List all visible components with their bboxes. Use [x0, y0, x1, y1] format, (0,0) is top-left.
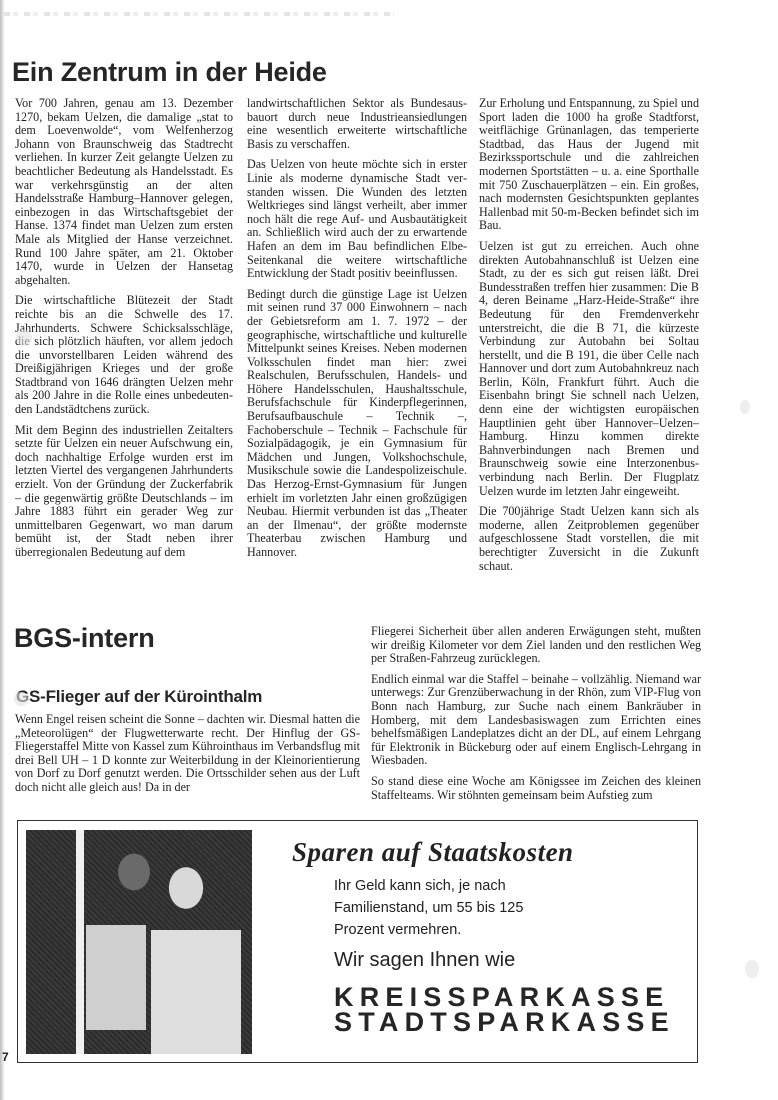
scan-speck [740, 400, 750, 414]
scan-edge [0, 0, 5, 1100]
scan-speck [14, 692, 28, 706]
ad-brand-line-2: STADTSPARKASSE [334, 1010, 675, 1035]
article-column-2: landwirtschaftlichen Sektor als Bundesau… [247, 97, 467, 567]
scan-artifact [4, 12, 394, 16]
ad-body: Ihr Geld kann sich, je nach Familienstan… [334, 875, 574, 941]
section-title: BGS-intern [14, 623, 155, 654]
scan-speck [745, 960, 759, 978]
article-column-3: Zur Erholung und Entspannung, zu Spiel u… [479, 97, 699, 580]
paragraph: Mit dem Beginn des industriellen Zeitalt… [15, 424, 233, 560]
ad-headline: Sparen auf Staatskosten [292, 837, 574, 868]
ad-tagline: Wir sagen Ihnen wie [334, 949, 515, 972]
paragraph: Die wirtschaftliche Blütezeit der Stadt … [15, 294, 233, 416]
paragraph: landwirtschaftlichen Sektor als Bundesau… [247, 97, 467, 151]
paragraph: Zur Erholung und Entspannung, zu Spiel u… [479, 97, 699, 233]
article-subtitle: GS-Flieger auf der Kürointhalm [16, 687, 262, 707]
advertisement-box: Sparen auf Staatskosten Ihr Geld kann si… [17, 820, 698, 1063]
scan-speck [16, 330, 32, 346]
ad-brand: KREISSPARKASSE STADTSPARKASSE [334, 985, 675, 1035]
paragraph: Endlich einmal war die Staffel – beinahe… [371, 673, 701, 768]
article-column-1: Vor 700 Jahren, genau am 13. Dezember 12… [15, 97, 233, 567]
paragraph: Vor 700 Jahren, genau am 13. Dezember 12… [15, 97, 233, 287]
bgs-column-1: Wenn Engel reisen scheint die Sonne – da… [15, 713, 360, 802]
paragraph: Wenn Engel reisen scheint die Sonne – da… [15, 713, 360, 795]
article-title: Ein Zentrum in der Heide [12, 57, 327, 88]
page-number: 7 [2, 1050, 9, 1064]
paragraph: Uelzen ist gut zu erreichen. Auch ohne d… [479, 240, 699, 498]
bgs-column-2: Fliegerei Sicherheit über allen anderen … [371, 625, 701, 809]
paragraph: So stand diese eine Woche am Königssee i… [371, 775, 701, 802]
paragraph: Das Uelzen von heute möchte sich in erst… [247, 158, 467, 280]
paragraph: Die 700jährige Stadt Uelzen kann sich al… [479, 505, 699, 573]
paragraph: Bedingt durch die günstige Lage ist Uelz… [247, 288, 467, 560]
couple-photo [26, 830, 252, 1054]
paragraph: Fliegerei Sicherheit über allen anderen … [371, 625, 701, 666]
